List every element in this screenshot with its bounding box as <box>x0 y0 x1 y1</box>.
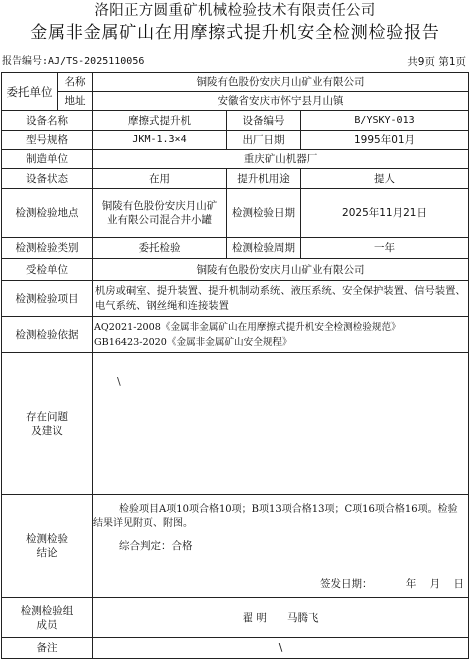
table-row: 委托单位 名称 铜陵有色股份安庆月山矿业有限公司 <box>2 73 469 92</box>
table-row: 存在问题 及建议 \ <box>2 353 469 495</box>
report-number-value: AJ/TS-2025110056 <box>48 56 144 67</box>
conclusion-label-line1: 检测检验 <box>4 532 90 546</box>
client-name: 铜陵有色股份安庆月山矿业有限公司 <box>93 73 469 92</box>
team-label-line2: 成员 <box>4 618 90 632</box>
basis-label: 检测检验依据 <box>2 317 93 353</box>
page-info: 共9页 第1页 <box>407 54 466 70</box>
conclusion-value: 检验项目A项10项合格10项；B项13项合格13项；C项16项合格16项。检验结… <box>93 495 469 598</box>
purpose-label: 提升机用途 <box>227 169 301 189</box>
remarks-label: 备注 <box>2 638 93 659</box>
conclusion-label: 检测检验 结论 <box>2 495 93 598</box>
table-row: 检测检验类别 委托检验 检测检验周期 一年 <box>2 238 469 259</box>
client-address-label: 地址 <box>58 92 93 111</box>
issues-slash: \ <box>117 375 121 389</box>
table-row: 备注 \ <box>2 638 469 659</box>
report-meta: 报告编号:AJ/TS-2025110056 共9页 第1页 <box>2 54 466 70</box>
table-row: 检测检验 结论 检验项目A项10项合格10项；B项13项合格13项；C项16项合… <box>2 495 469 598</box>
table-row: 制造单位 重庆矿山机器厂 <box>2 150 469 169</box>
company-name: 洛阳正方圆重矿机械检验技术有限责任公司 <box>0 2 470 20</box>
model-label: 型号规格 <box>2 131 93 150</box>
table-row: 检测检验项目 机房或硐室、提升装置、提升机制动系统、液压系统、安全保护装置、信号… <box>2 281 469 317</box>
factory-date: 1995年01月 <box>301 131 469 150</box>
report-number-label: 报告编号: <box>2 56 48 67</box>
equipment-name: 摩擦式提升机 <box>93 111 227 131</box>
table-row: 检测检验组 成员 翟 明 马腾飞 <box>2 598 469 638</box>
overall-judgement: 综合判定：合格 <box>119 539 193 553</box>
inspection-date-label: 检测检验日期 <box>227 189 301 238</box>
equipment-code: B/YSKY-013 <box>301 111 469 131</box>
location-label: 检测检验地点 <box>2 189 93 238</box>
issues-label-line1: 存在问题 <box>4 410 90 424</box>
basis-standard-2: GB16423-2020《金属非金属矿山安全规程》 <box>94 335 467 350</box>
purpose-value: 提人 <box>301 169 469 189</box>
table-row: 设备名称 摩擦式提升机 设备编号 B/YSKY-013 <box>2 111 469 131</box>
status-value: 在用 <box>93 169 227 189</box>
inspection-cycle-label: 检测检验周期 <box>227 238 301 259</box>
report-table: 委托单位 名称 铜陵有色股份安庆月山矿业有限公司 地址 安徽省安庆市怀宁县月山镇… <box>1 72 469 659</box>
inspected-unit-label: 受检单位 <box>2 259 93 281</box>
issues-value: \ <box>93 353 469 495</box>
report-number: 报告编号:AJ/TS-2025110056 <box>2 54 144 70</box>
inspected-unit: 铜陵有色股份安庆月山矿业有限公司 <box>93 259 469 281</box>
team-members: 翟 明 马腾飞 <box>93 598 469 638</box>
table-row: 设备状态 在用 提升机用途 提人 <box>2 169 469 189</box>
issue-date: 签发日期： 年 月 日 <box>320 577 464 591</box>
table-row: 检测检验依据 AQ2021-2008《金属非金属矿山在用摩擦式提升机安全检测检验… <box>2 317 469 353</box>
inspection-cycle: 一年 <box>301 238 469 259</box>
conclusion-text: 检验项目A项10项合格10项；B项13项合格13项；C项16项合格16项。检验结… <box>93 503 466 531</box>
conclusion-label-line2: 结论 <box>4 546 90 560</box>
items-value: 机房或硐室、提升装置、提升机制动系统、液压系统、安全保护装置、信号装置、电气系统… <box>93 281 469 317</box>
inspection-type-label: 检测检验类别 <box>2 238 93 259</box>
table-row: 型号规格 JKM-1.3×4 出厂日期 1995年01月 <box>2 131 469 150</box>
table-row: 地址 安徽省安庆市怀宁县月山镇 <box>2 92 469 111</box>
equipment-code-label: 设备编号 <box>227 111 301 131</box>
issues-label: 存在问题 及建议 <box>2 353 93 495</box>
items-label: 检测检验项目 <box>2 281 93 317</box>
model-value: JKM-1.3×4 <box>93 131 227 150</box>
location-value: 铜陵有色股份安庆月山矿业有限公司混合井小罐 <box>93 189 227 238</box>
status-label: 设备状态 <box>2 169 93 189</box>
inspection-type: 委托检验 <box>93 238 227 259</box>
team-label-line1: 检测检验组 <box>4 604 90 618</box>
manufacturer-label: 制造单位 <box>2 150 93 169</box>
report-title: 金属非金属矿山在用摩擦式提升机安全检测检验报告 <box>0 21 470 45</box>
table-row: 检测检验地点 铜陵有色股份安庆月山矿业有限公司混合井小罐 检测检验日期 2025… <box>2 189 469 238</box>
client-address: 安徽省安庆市怀宁县月山镇 <box>93 92 469 111</box>
factory-date-label: 出厂日期 <box>227 131 301 150</box>
equipment-name-label: 设备名称 <box>2 111 93 131</box>
team-label: 检测检验组 成员 <box>2 598 93 638</box>
basis-value: AQ2021-2008《金属非金属矿山在用摩擦式提升机安全检测检验规范》 GB1… <box>93 317 469 353</box>
basis-standard-1: AQ2021-2008《金属非金属矿山在用摩擦式提升机安全检测检验规范》 <box>94 320 467 335</box>
remarks-value: \ <box>93 638 469 659</box>
manufacturer: 重庆矿山机器厂 <box>93 150 469 169</box>
table-row: 受检单位 铜陵有色股份安庆月山矿业有限公司 <box>2 259 469 281</box>
inspection-date: 2025年11月21日 <box>301 189 469 238</box>
client-name-label: 名称 <box>58 73 93 92</box>
client-label: 委托单位 <box>2 73 58 111</box>
issues-label-line2: 及建议 <box>4 424 90 438</box>
